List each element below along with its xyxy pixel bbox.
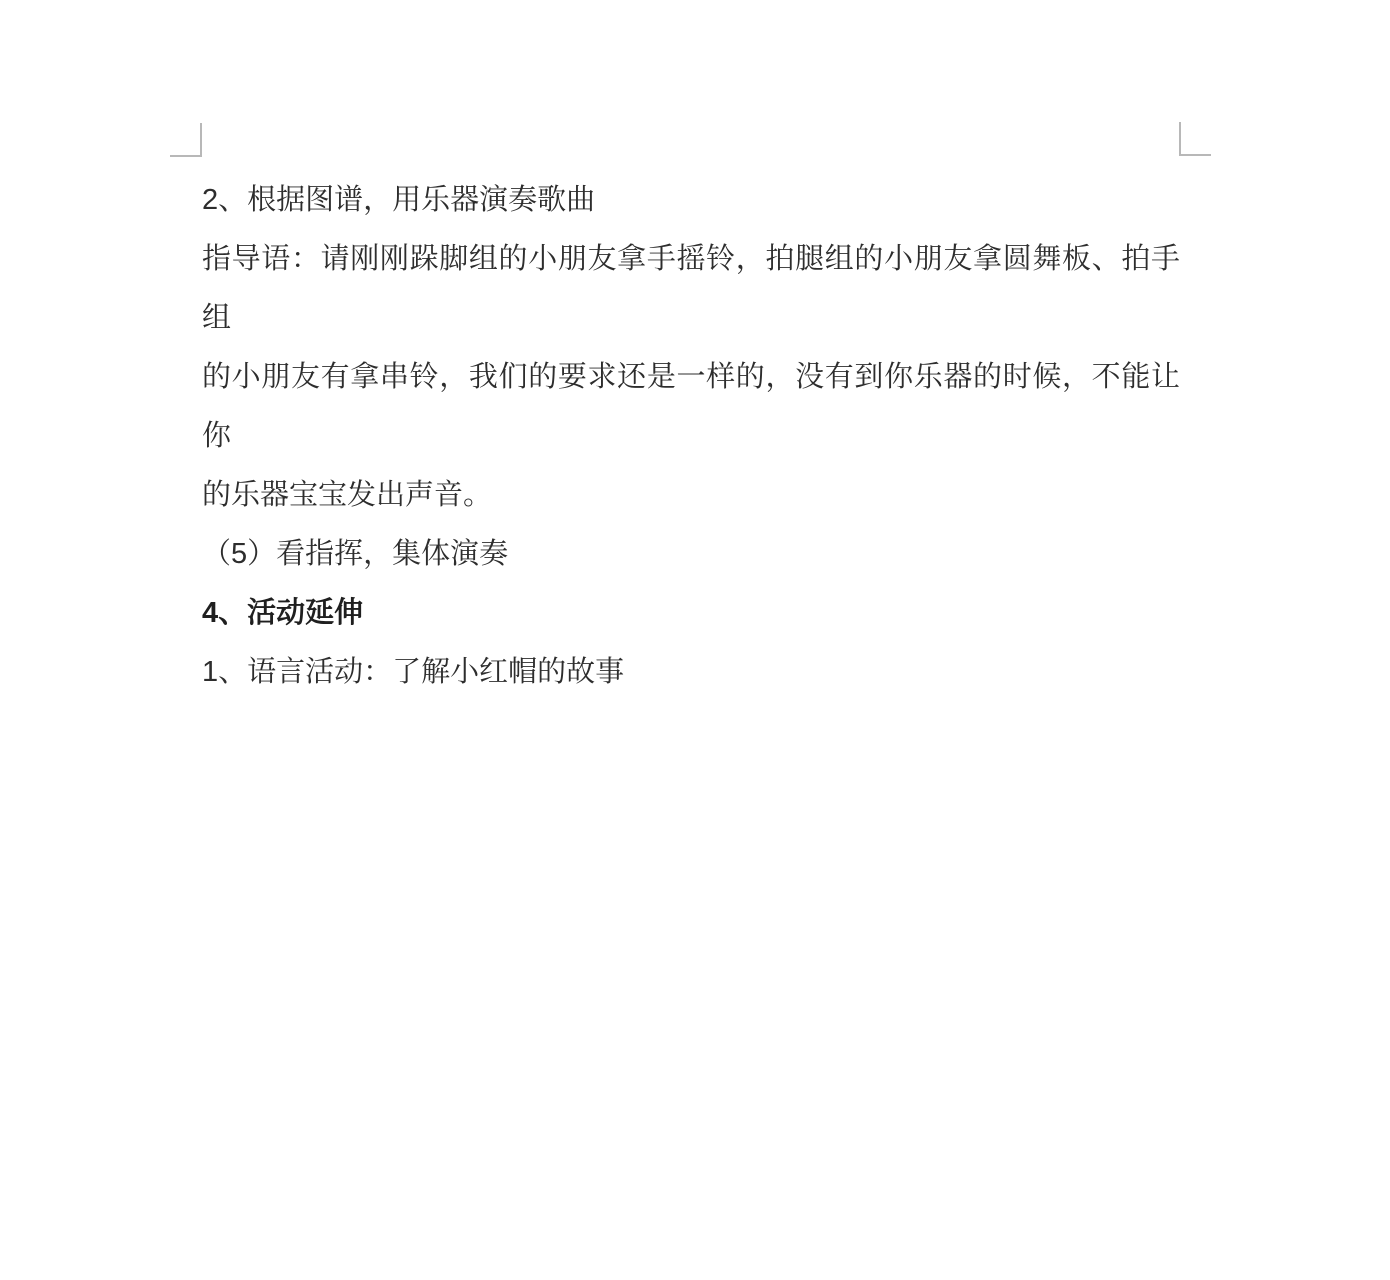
doc-line-section-heading: 4、活动延伸 — [202, 584, 1180, 643]
document-text-block: 2、根据图谱，用乐器演奏歌曲 指导语：请刚刚跺脚组的小朋友拿手摇铃，拍腿组的小朋… — [202, 171, 1180, 702]
doc-line-step-heading: 2、根据图谱，用乐器演奏歌曲 — [202, 171, 1180, 230]
doc-line-guide-text-2: 的小朋友有拿串铃，我们的要求还是一样的，没有到你乐器的时候，不能让你 — [202, 348, 1180, 466]
doc-line-substep: （5）看指挥，集体演奏 — [202, 525, 1180, 584]
document-page: 2、根据图谱，用乐器演奏歌曲 指导语：请刚刚跺脚组的小朋友拿手摇铃，拍腿组的小朋… — [0, 0, 1390, 1280]
doc-line-extension-activity: 1、语言活动：了解小红帽的故事 — [202, 643, 1180, 702]
doc-line-guide-text-1: 指导语：请刚刚跺脚组的小朋友拿手摇铃，拍腿组的小朋友拿圆舞板、拍手组 — [202, 230, 1180, 348]
top-left-margin-corner-mark — [170, 123, 202, 157]
top-right-margin-corner-mark — [1179, 122, 1211, 156]
doc-line-guide-text-3: 的乐器宝宝发出声音。 — [202, 466, 1180, 525]
